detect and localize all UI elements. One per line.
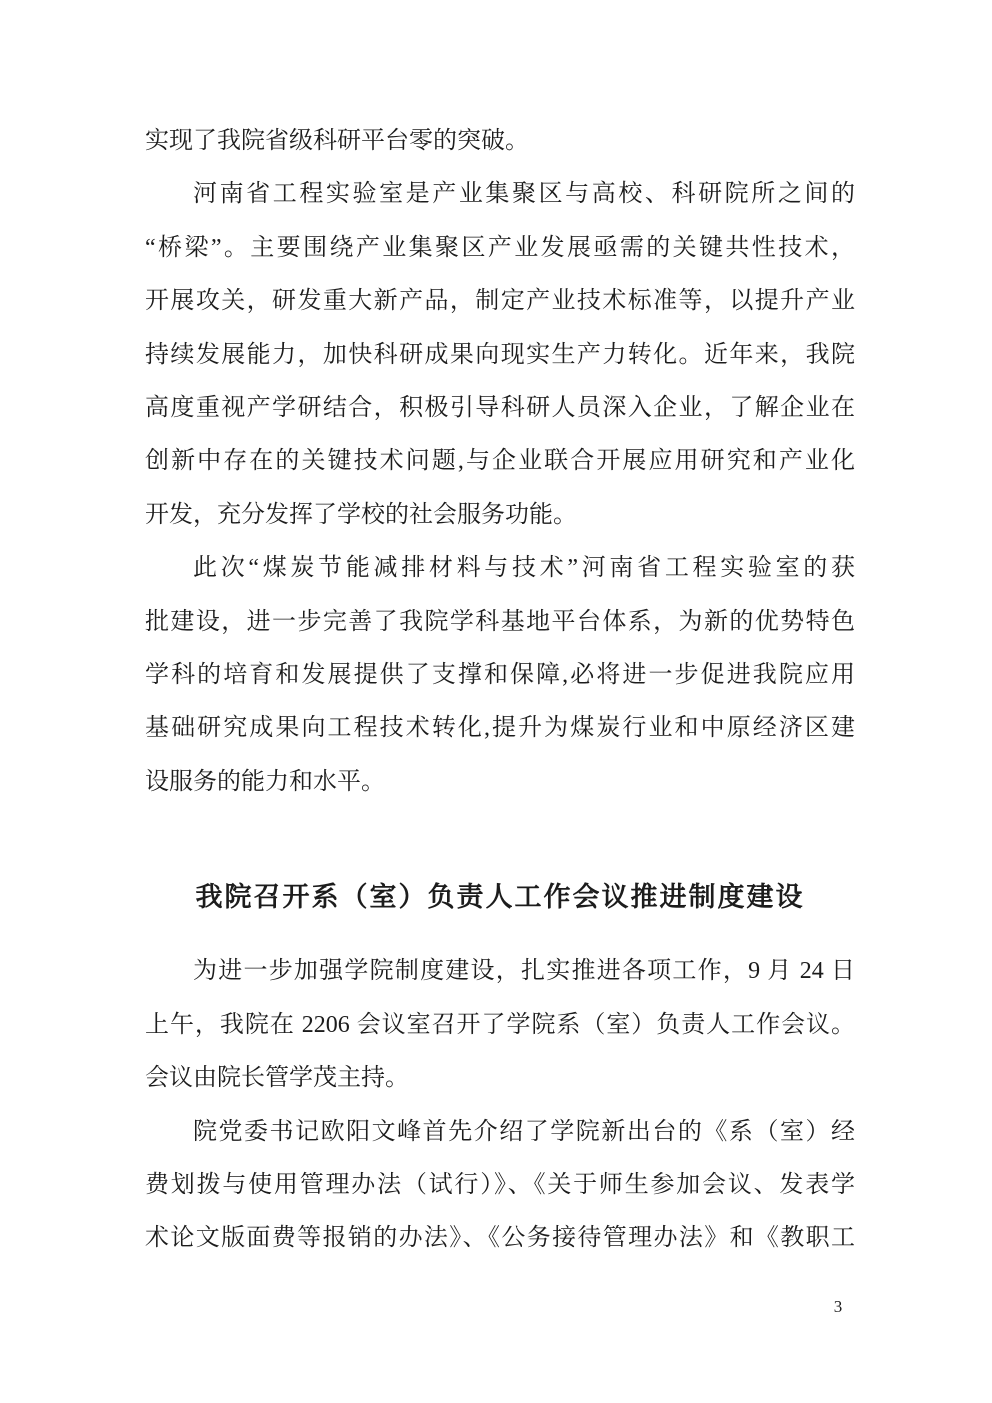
body-text-line: 费划拨与使用管理办法（试行）》、《关于师生参加会议、发表学 bbox=[145, 1159, 855, 1212]
body-text-line: 基础研究成果向工程技术转化,提升为煤炭行业和中原经济区建 bbox=[145, 702, 855, 755]
body-text-line: 持续发展能力，加快科研成果向现实生产力转化。近年来，我院 bbox=[145, 329, 855, 382]
body-text-line: 实现了我院省级科研平台零的突破。 bbox=[145, 115, 855, 168]
body-text-line: 设服务的能力和水平。 bbox=[145, 756, 855, 809]
body-text-line: 高度重视产学研结合，积极引导科研人员深入企业，了解企业在 bbox=[145, 382, 855, 435]
body-text-line: “桥梁”。主要围绕产业集聚区产业发展亟需的关键共性技术， bbox=[145, 222, 855, 275]
body-text-line: 会议由院长管学茂主持。 bbox=[145, 1052, 855, 1105]
document-body: 实现了我院省级科研平台零的突破。 河南省工程实验室是产业集聚区与高校、科研院所之… bbox=[145, 115, 855, 1266]
body-text-line: 学科的培育和发展提供了支撑和保障,必将进一步促进我院应用 bbox=[145, 649, 855, 702]
body-text-line: 院党委书记欧阳文峰首先介绍了学院新出台的《系（室）经 bbox=[145, 1106, 855, 1159]
body-text-line: 此次“煤炭节能减排材料与技术”河南省工程实验室的获 bbox=[145, 542, 855, 595]
body-text-line: 创新中存在的关键技术问题,与企业联合开展应用研究和产业化 bbox=[145, 435, 855, 488]
body-text-line: 河南省工程实验室是产业集聚区与高校、科研院所之间的 bbox=[145, 168, 855, 221]
document-page: 实现了我院省级科研平台零的突破。 河南省工程实验室是产业集聚区与高校、科研院所之… bbox=[0, 0, 992, 1403]
page-number: 3 bbox=[828, 1295, 848, 1319]
body-text-line: 批建设，进一步完善了我院学科基地平台体系，为新的优势特色 bbox=[145, 596, 855, 649]
body-text-line: 开发，充分发挥了学校的社会服务功能。 bbox=[145, 489, 855, 542]
article-heading: 我院召开系（室）负责人工作会议推进制度建设 bbox=[145, 871, 855, 924]
body-text-line: 上午，我院在 2206 会议室召开了学院系（室）负责人工作会议。 bbox=[145, 999, 855, 1052]
body-text-line: 术论文版面费等报销的办法》、《公务接待管理办法》和《教职工 bbox=[145, 1212, 855, 1265]
body-text-line: 为进一步加强学院制度建设，扎实推进各项工作，9 月 24 日 bbox=[145, 945, 855, 998]
body-text-line: 开展攻关，研发重大新产品，制定产业技术标准等，以提升产业 bbox=[145, 275, 855, 328]
